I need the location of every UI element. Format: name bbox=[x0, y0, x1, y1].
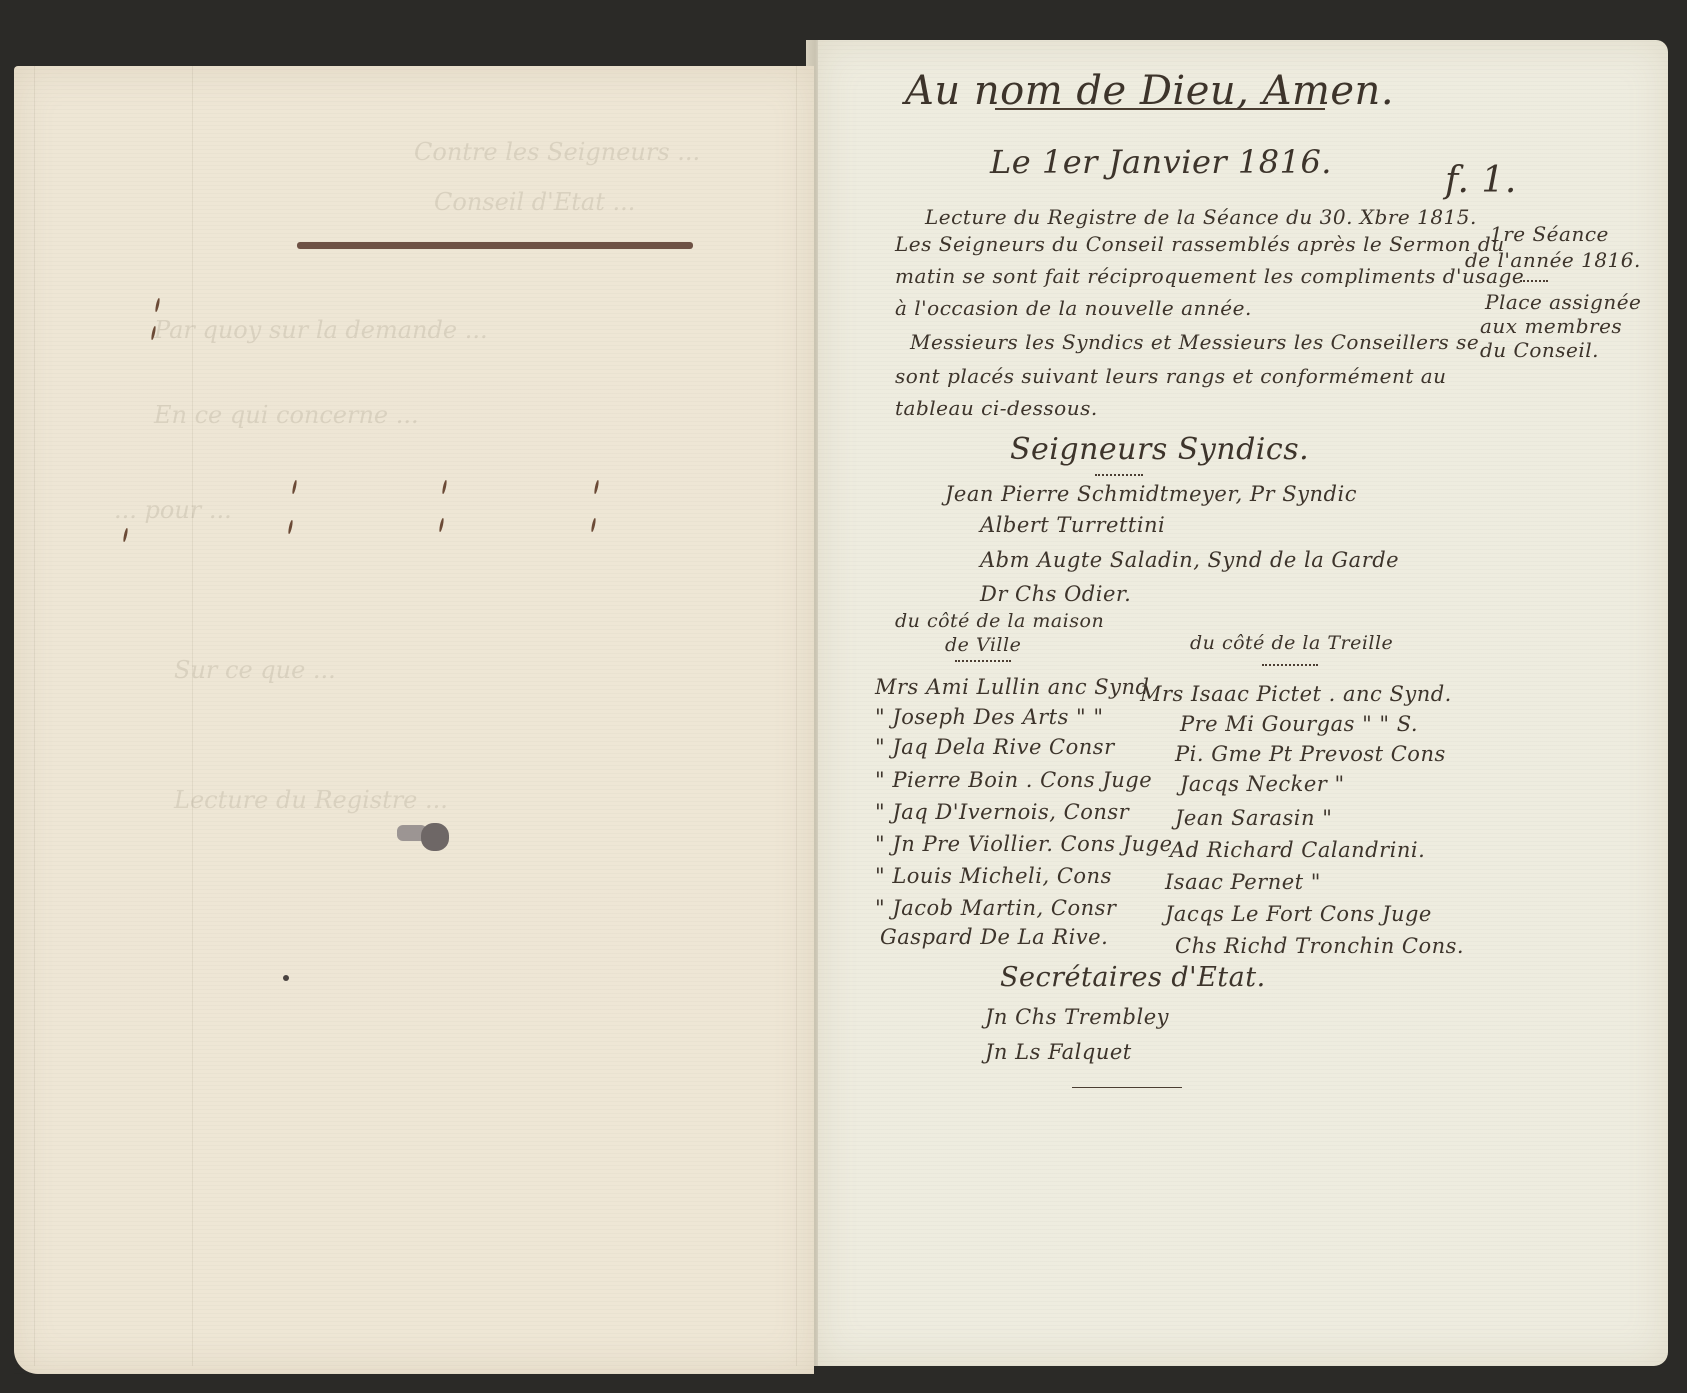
paragraph-line: matin se sont fait réciproquement les co… bbox=[895, 264, 1524, 288]
margin-note: de l'année 1816. bbox=[1465, 248, 1641, 272]
bleed-through-text: Par quoy sur la demande ... bbox=[154, 316, 488, 344]
councillor-right: Pi. Gme Pt Prevost Cons bbox=[1175, 742, 1446, 766]
bleed-through-text: ... pour ... bbox=[114, 496, 232, 524]
councillor-left: " Louis Micheli, Cons bbox=[875, 864, 1112, 888]
councillor-right: Mrs Isaac Pictet . anc Synd. bbox=[1140, 682, 1452, 706]
councillor-right: Jacqs Necker " bbox=[1180, 772, 1345, 796]
margin-note: du Conseil. bbox=[1480, 338, 1599, 362]
secretaries-heading: Secrétaires d'Etat. bbox=[1000, 962, 1266, 993]
folio-number: f. 1. bbox=[1445, 160, 1517, 201]
margin-note: Place assignée bbox=[1485, 290, 1641, 314]
ink-stain bbox=[397, 823, 451, 853]
reading-line: Lecture du Registre de la Séance du 30. … bbox=[925, 205, 1477, 229]
closing-rule bbox=[1072, 1087, 1182, 1088]
column-heading-left: du côté de la maison bbox=[895, 610, 1104, 632]
councillor-left: " Jn Pre Viollier. Cons Juge bbox=[875, 832, 1173, 856]
paragraph-line: Les Seigneurs du Conseil rassemblés aprè… bbox=[895, 232, 1505, 256]
councillor-left: Gaspard De La Rive. bbox=[880, 925, 1108, 949]
squiggle-divider bbox=[1520, 276, 1548, 282]
councillor-left: " Jacob Martin, Consr bbox=[875, 896, 1116, 920]
councillor-right: Pre Mi Gourgas " " S. bbox=[1180, 712, 1418, 736]
councillor-right: Isaac Pernet " bbox=[1165, 870, 1321, 894]
councillor-left: " Jaq Dela Rive Consr bbox=[875, 735, 1115, 759]
secretary-name: Jn Ls Falquet bbox=[985, 1040, 1132, 1064]
date-heading: Le 1er Janvier 1816. bbox=[990, 143, 1332, 181]
syndic-name: Dr Chs Odier. bbox=[980, 582, 1131, 606]
paragraph-line: tableau ci-dessous. bbox=[895, 396, 1098, 420]
bleed-through-text: Sur ce que ... bbox=[174, 656, 336, 684]
column-heading-left: de Ville bbox=[945, 634, 1021, 656]
margin-note: aux membres bbox=[1480, 314, 1622, 338]
councillor-left: " Pierre Boin . Cons Juge bbox=[875, 768, 1152, 792]
councillor-right: Jean Sarasin " bbox=[1175, 806, 1332, 830]
councillor-left: " Joseph Des Arts " " bbox=[875, 705, 1104, 729]
ruled-margin-line bbox=[34, 66, 35, 1366]
squiggle-divider bbox=[1095, 470, 1143, 476]
councillor-right: Chs Richd Tronchin Cons. bbox=[1175, 934, 1464, 958]
councillor-right: Ad Richard Calandrini. bbox=[1170, 838, 1425, 862]
left-page-rule bbox=[297, 242, 693, 249]
bleed-through-text: Lecture du Registre ... bbox=[174, 786, 448, 814]
heading-underline bbox=[995, 108, 1325, 110]
left-page: Contre les Seigneurs ... Conseil d'Etat … bbox=[14, 66, 814, 1374]
squiggle-divider bbox=[955, 656, 1011, 662]
paragraph-line: Messieurs les Syndics et Messieurs les C… bbox=[910, 330, 1479, 354]
paragraph-line: sont placés suivant leurs rangs et confo… bbox=[895, 364, 1447, 388]
syndic-name: Jean Pierre Schmidtmeyer, Pr Syndic bbox=[945, 482, 1357, 506]
syndic-name: Abm Augte Saladin, Synd de la Garde bbox=[980, 548, 1399, 572]
councillor-left: Mrs Ami Lullin anc Synd bbox=[875, 675, 1149, 699]
councillor-right: Jacqs Le Fort Cons Juge bbox=[1165, 902, 1432, 926]
ruled-margin-line bbox=[192, 66, 193, 1366]
bleed-through-text: Contre les Seigneurs ... bbox=[414, 138, 700, 166]
column-heading-right: du côté de la Treille bbox=[1190, 632, 1393, 654]
syndics-heading: Seigneurs Syndics. bbox=[1010, 432, 1309, 467]
paragraph-line: à l'occasion de la nouvelle année. bbox=[895, 296, 1252, 320]
ink-dot bbox=[283, 975, 289, 981]
margin-note: 1re Séance bbox=[1490, 222, 1609, 246]
secretary-name: Jn Chs Trembley bbox=[985, 1005, 1169, 1029]
ruled-margin-line bbox=[796, 66, 797, 1366]
councillor-left: " Jaq D'Ivernois, Consr bbox=[875, 800, 1129, 824]
bleed-through-text: En ce qui concerne ... bbox=[154, 401, 419, 429]
bleed-through-text: Conseil d'Etat ... bbox=[434, 188, 635, 216]
squiggle-divider bbox=[1262, 660, 1318, 666]
syndic-name: Albert Turrettini bbox=[980, 513, 1165, 537]
